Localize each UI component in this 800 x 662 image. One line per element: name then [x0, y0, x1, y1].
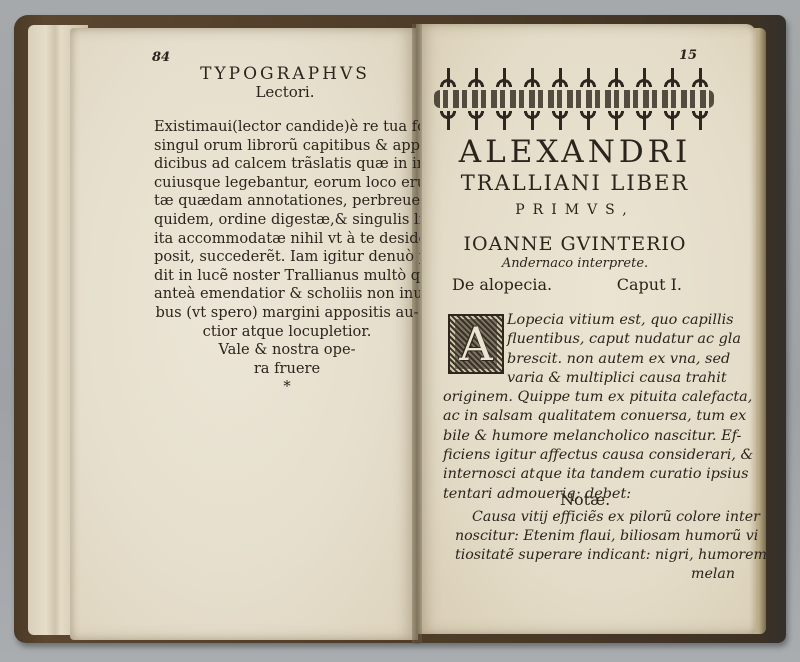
text-line: dit in lucẽ noster Trallianus multò quàm [154, 267, 420, 286]
text-line: singul orum librorũ capitibus & appen- [154, 137, 420, 156]
text-line: Causa vitij efficiẽs ex pilorũ colore in… [455, 508, 755, 527]
title-line-1: ALEXANDRI [430, 134, 720, 170]
text-line: ita accommodatæ nihil vt à te desiderari [154, 230, 420, 249]
chapter-heading: De alopecia. Caput I. [452, 275, 682, 294]
text-line: noscitur: Etenim flaui, biliosam humorũ … [455, 527, 755, 546]
open-book: 84 TYPOGRAPHVS Lectori. Existimaui(lecto… [0, 0, 800, 662]
ornament-bottom-row [434, 111, 714, 130]
left-page-body: Existimaui(lector candide)è re tua fore … [154, 118, 420, 397]
text-line: dicibus ad calcem trãslatis quæ in initi… [154, 155, 420, 174]
notes-heading: Notæ. [560, 490, 610, 509]
translator-name: IOANNE GVINTERIO [430, 232, 720, 256]
text-line: Existimaui(lector candide)è re tua fore … [154, 118, 420, 137]
title-line-2: TRALLIANI LIBER [430, 170, 720, 196]
right-page-title-block: ALEXANDRI TRALLIANI LIBER PRIMVS, IOANNE… [430, 134, 720, 272]
notes-body: Causa vitij efficiẽs ex pilorũ colore in… [455, 508, 755, 584]
text-line: internosci atque ita tandem curatio ipsi… [443, 465, 743, 484]
text-line: ficiens igitur affectus causa considerar… [443, 446, 743, 465]
left-page-heading-block: TYPOGRAPHVS Lectori. [150, 64, 420, 100]
left-page-heading: TYPOGRAPHVS [150, 64, 420, 84]
chapter-title: De alopecia. [452, 275, 552, 294]
text-line: cuiusque legebantur, eorum loco erudi- [154, 174, 420, 193]
text-line: ra fruere [154, 360, 420, 379]
text-line: bile & humore melancholico nascitur. Ef- [443, 427, 743, 446]
text-line: originem. Quippe tum ex pituita calefact… [443, 388, 743, 407]
ornament-top-row [434, 68, 714, 87]
text-line: anteà emendatior & scholiis non inutili- [154, 285, 420, 304]
text-line: fluentibus, caput nudatur ac gla [443, 330, 743, 349]
page-number-right: 15 [679, 48, 697, 63]
left-page-subheading: Lectori. [150, 84, 420, 100]
text-line: tæ quædam annotationes, perbreues illæ [154, 192, 420, 211]
text-line: brescit. non autem ex vna, sed [443, 350, 743, 369]
asterisk-ornament: * [154, 378, 420, 397]
text-line: ac in salsam qualitatem conuersa, tum ex [443, 407, 743, 426]
text-line: ctior atque locupletior. [154, 323, 420, 342]
text-line: Vale & nostra ope- [154, 341, 420, 360]
text-line: varia & multiplici causa trahit [443, 369, 743, 388]
catchword: melan [455, 565, 755, 584]
title-line-3: PRIMVS, [430, 196, 720, 224]
text-line: Lopecia vitium est, quo capillis [443, 311, 743, 330]
translator-note: Andernaco interprete. [430, 256, 720, 272]
chapter-label: Caput I. [617, 275, 682, 294]
text-line: tiositatẽ superare indicant: nigri, humo… [455, 546, 755, 565]
page-number-left: 84 [152, 50, 170, 65]
text-line: bus (vt spero) margini appositis au- [154, 304, 420, 323]
text-line: posit, succederẽt. Iam igitur denuò pro- [154, 248, 420, 267]
right-page-body: Lopecia vitium est, quo capillis fluenti… [443, 311, 743, 504]
text-line: quidem, ordine digestæ,& singulis libris [154, 211, 420, 230]
headpiece-ornament [434, 68, 714, 130]
ornament-middle-row [434, 90, 714, 108]
